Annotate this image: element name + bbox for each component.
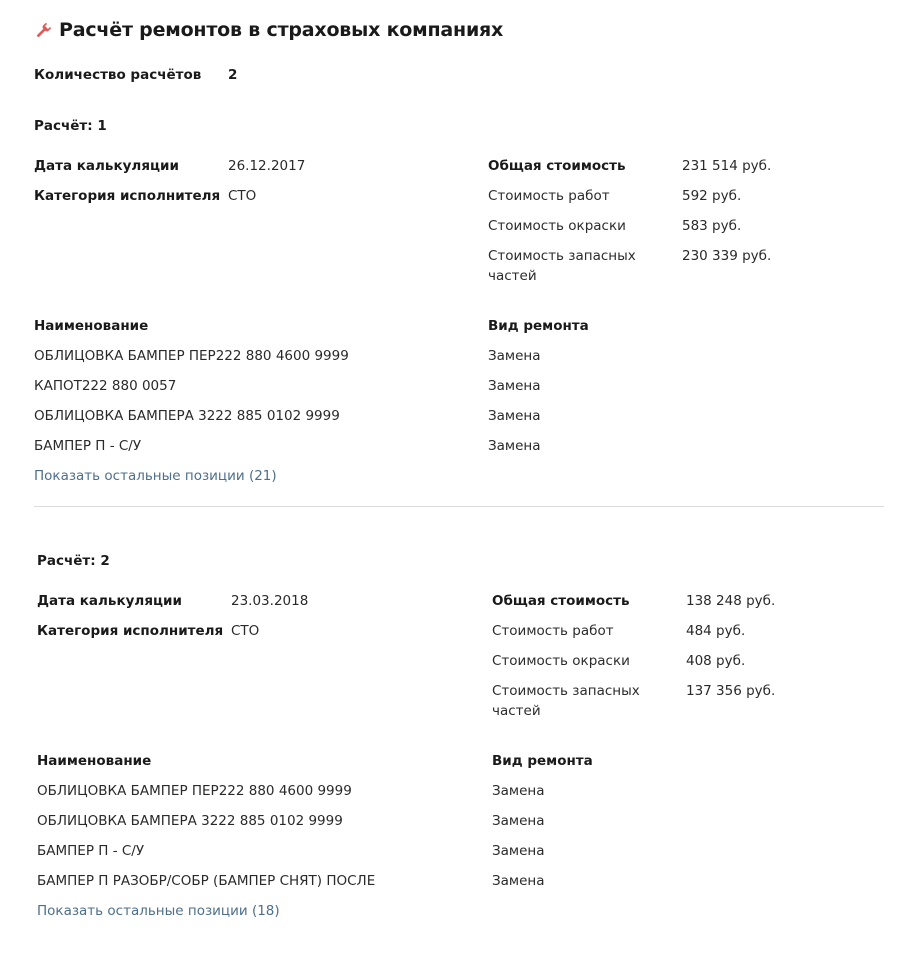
table-row-name: БАМПЕР П - С/У [37,843,144,859]
labor-cost-value: 592 руб. [682,188,741,204]
column-header-name: Наименование [37,753,151,769]
calculation-title: Расчёт: 1 [34,118,107,134]
category-value: СТО [231,623,259,639]
table-row-repair: Замена [488,438,541,454]
paint-cost-value: 408 руб. [686,653,745,669]
table-row-repair: Замена [492,873,545,889]
date-value: 26.12.2017 [228,158,305,174]
parts-cost-label: Стоимость запасных частей [488,246,648,286]
category-value: СТО [228,188,256,204]
labor-cost-label: Стоимость работ [488,188,610,204]
show-more-positions-link[interactable]: Показать остальные позиции (21) [34,468,277,484]
table-row-name: ОБЛИЦОВКА БАМПЕРА 3222 885 0102 9999 [34,408,340,424]
page-header: Расчёт ремонтов в страховых компаниях [34,19,503,41]
category-label: Категория исполнителя [37,623,223,639]
category-label: Категория исполнителя [34,188,220,204]
show-more-positions-link[interactable]: Показать остальные позиции (18) [37,903,280,919]
wrench-icon [34,21,53,40]
calculations-count-label: Количество расчётов [34,67,201,83]
calculations-count-value: 2 [228,67,237,83]
parts-cost-label: Стоимость запасных частей [492,681,652,721]
date-label: Дата калькуляции [34,158,179,174]
paint-cost-value: 583 руб. [682,218,741,234]
date-label: Дата калькуляции [37,593,182,609]
total-cost-value: 138 248 руб. [686,593,775,609]
table-row-repair: Замена [492,783,545,799]
total-cost-value: 231 514 руб. [682,158,771,174]
section-divider [34,506,884,507]
table-row-name: ОБЛИЦОВКА БАМПЕРА 3222 885 0102 9999 [37,813,343,829]
table-row-repair: Замена [488,408,541,424]
labor-cost-label: Стоимость работ [492,623,614,639]
table-row-name: БАМПЕР П РАЗОБР/СОБР (БАМПЕР СНЯТ) ПОСЛЕ [37,873,375,889]
labor-cost-value: 484 руб. [686,623,745,639]
column-header-repair-type: Вид ремонта [488,318,589,334]
column-header-name: Наименование [34,318,148,334]
table-row-name: БАМПЕР П - С/У [34,438,141,454]
table-row-repair: Замена [488,348,541,364]
column-header-repair-type: Вид ремонта [492,753,593,769]
table-row-name: ОБЛИЦОВКА БАМПЕР ПЕР222 880 4600 9999 [34,348,349,364]
paint-cost-label: Стоимость окраски [488,218,626,234]
table-row-name: КАПОТ222 880 0057 [34,378,176,394]
parts-cost-value: 230 339 руб. [682,248,771,264]
table-row-repair: Замена [488,378,541,394]
total-cost-label: Общая стоимость [488,158,626,174]
table-row-repair: Замена [492,843,545,859]
table-row-name: ОБЛИЦОВКА БАМПЕР ПЕР222 880 4600 9999 [37,783,352,799]
table-row-repair: Замена [492,813,545,829]
parts-cost-value: 137 356 руб. [686,683,775,699]
calculation-title: Расчёт: 2 [37,553,110,569]
paint-cost-label: Стоимость окраски [492,653,630,669]
total-cost-label: Общая стоимость [492,593,630,609]
date-value: 23.03.2018 [231,593,308,609]
page-title: Расчёт ремонтов в страховых компаниях [59,19,503,41]
